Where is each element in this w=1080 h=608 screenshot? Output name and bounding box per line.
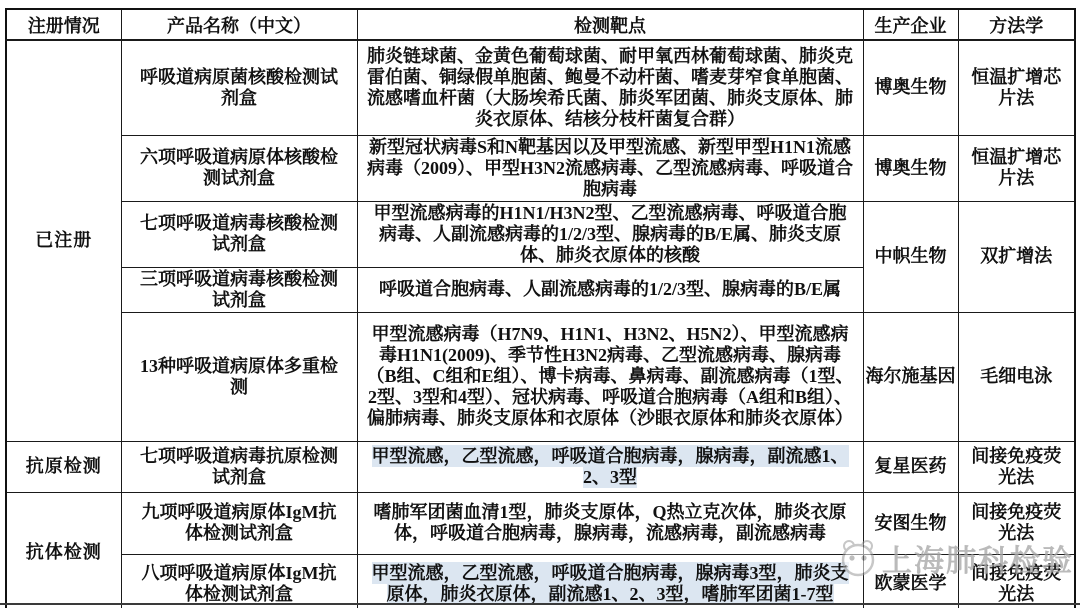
- methodology-cell: 间接免疫荧光法: [958, 554, 1075, 608]
- registration-table-container: 注册情况 产品名称（中文） 检测靶点 生产企业 方法学 已注册 呼吸道病原菌核酸…: [5, 8, 1076, 608]
- bottom-divider: [0, 603, 1080, 605]
- product-name-cell: 八项呼吸道病原体IgM抗体检测试剂盒: [121, 554, 357, 608]
- col-header-product: 产品名称（中文）: [121, 9, 357, 40]
- product-name-cell: 三项呼吸道病毒核酸检测试剂盒: [121, 267, 357, 312]
- table-row: 六项呼吸道病原体核酸检测试剂盒 新型冠状病毒S和N靶基因以及甲型流感、新型甲型H…: [6, 135, 1075, 201]
- table-row: 八项呼吸道病原体IgM抗体检测试剂盒 甲型流感，乙型流感，呼吸道合胞病毒，腺病毒…: [6, 554, 1075, 608]
- product-name-cell: 九项呼吸道病原体IgM抗体检测试剂盒: [121, 492, 357, 554]
- manufacturer-cell: 复星医药: [863, 441, 958, 492]
- table-row: 抗体检测 九项呼吸道病原体IgM抗体检测试剂盒 嗜肺军团菌血清1型，肺炎支原体，…: [6, 492, 1075, 554]
- col-header-manufacturer: 生产企业: [863, 9, 958, 40]
- product-name-cell: 七项呼吸道病毒抗原检测试剂盒: [121, 441, 357, 492]
- methodology-cell: 恒温扩增芯片法: [958, 135, 1075, 201]
- product-name-cell: 呼吸道病原菌核酸检测试剂盒: [121, 40, 357, 135]
- manufacturer-cell: 欧蒙医学: [863, 554, 958, 608]
- methodology-cell: 恒温扩增芯片法: [958, 40, 1075, 135]
- manufacturer-cell: 海尔施基因: [863, 312, 958, 441]
- methodology-cell: 间接免疫荧光法: [958, 441, 1075, 492]
- col-header-registration: 注册情况: [6, 9, 121, 40]
- targets-cell: 新型冠状病毒S和N靶基因以及甲型流感、新型甲型H1N1流感病毒（2009）、甲型…: [357, 135, 863, 201]
- targets-cell: 甲型流感，乙型流感，呼吸道合胞病毒，腺病毒，副流感1、2、3型: [357, 441, 863, 492]
- product-name-cell: 六项呼吸道病原体核酸检测试剂盒: [121, 135, 357, 201]
- manufacturer-cell: 博奥生物: [863, 135, 958, 201]
- targets-cell: 甲型流感，乙型流感，呼吸道合胞病毒，腺病毒3型，肺炎支原体，肺炎衣原体，副流感1…: [357, 554, 863, 608]
- product-name-cell: 13种呼吸道病原体多重检测: [121, 312, 357, 441]
- product-name-cell: 七项呼吸道病毒核酸检测试剂盒: [121, 201, 357, 267]
- targets-cell: 肺炎链球菌、金黄色葡萄球菌、耐甲氧西林葡萄球菌、肺炎克雷伯菌、铜绿假单胞菌、鲍曼…: [357, 40, 863, 135]
- registration-table: 注册情况 产品名称（中文） 检测靶点 生产企业 方法学 已注册 呼吸道病原菌核酸…: [5, 8, 1076, 608]
- targets-cell: 甲型流感病毒（H7N9、H1N1、H3N2、H5N2）、甲型流感病毒H1N1(2…: [357, 312, 863, 441]
- highlighted-targets-text: 甲型流感，乙型流感，呼吸道合胞病毒，腺病毒3型，肺炎支原体，肺炎衣原体，副流感1…: [372, 562, 849, 605]
- highlighted-targets-text: 甲型流感，乙型流感，呼吸道合胞病毒，腺病毒，副流感1、2、3型: [372, 445, 849, 488]
- targets-cell: 嗜肺军团菌血清1型，肺炎支原体，Q热立克次体，肺炎衣原体，呼吸道合胞病毒，腺病毒…: [357, 492, 863, 554]
- methodology-cell: 间接免疫荧光法: [958, 492, 1075, 554]
- manufacturer-cell: 安图生物: [863, 492, 958, 554]
- methodology-cell: 双扩增法: [958, 201, 1075, 312]
- registration-group-cell: 抗体检测: [6, 492, 121, 608]
- registration-group-cell: 已注册: [6, 40, 121, 441]
- col-header-methodology: 方法学: [958, 9, 1075, 40]
- manufacturer-cell: 博奥生物: [863, 40, 958, 135]
- targets-cell: 甲型流感病毒的H1N1/H3N2型、乙型流感病毒、呼吸道合胞病毒、人副流感病毒的…: [357, 201, 863, 267]
- table-row: 七项呼吸道病毒核酸检测试剂盒 甲型流感病毒的H1N1/H3N2型、乙型流感病毒、…: [6, 201, 1075, 267]
- registration-group-cell: 抗原检测: [6, 441, 121, 492]
- table-row: 抗原检测 七项呼吸道病毒抗原检测试剂盒 甲型流感，乙型流感，呼吸道合胞病毒，腺病…: [6, 441, 1075, 492]
- targets-cell: 呼吸道合胞病毒、人副流感病毒的1/2/3型、腺病毒的B/E属: [357, 267, 863, 312]
- table-row: 已注册 呼吸道病原菌核酸检测试剂盒 肺炎链球菌、金黄色葡萄球菌、耐甲氧西林葡萄球…: [6, 40, 1075, 135]
- col-header-targets: 检测靶点: [357, 9, 863, 40]
- table-row: 13种呼吸道病原体多重检测 甲型流感病毒（H7N9、H1N1、H3N2、H5N2…: [6, 312, 1075, 441]
- methodology-cell: 毛细电泳: [958, 312, 1075, 441]
- manufacturer-cell: 中帜生物: [863, 201, 958, 312]
- header-row: 注册情况 产品名称（中文） 检测靶点 生产企业 方法学: [6, 9, 1075, 40]
